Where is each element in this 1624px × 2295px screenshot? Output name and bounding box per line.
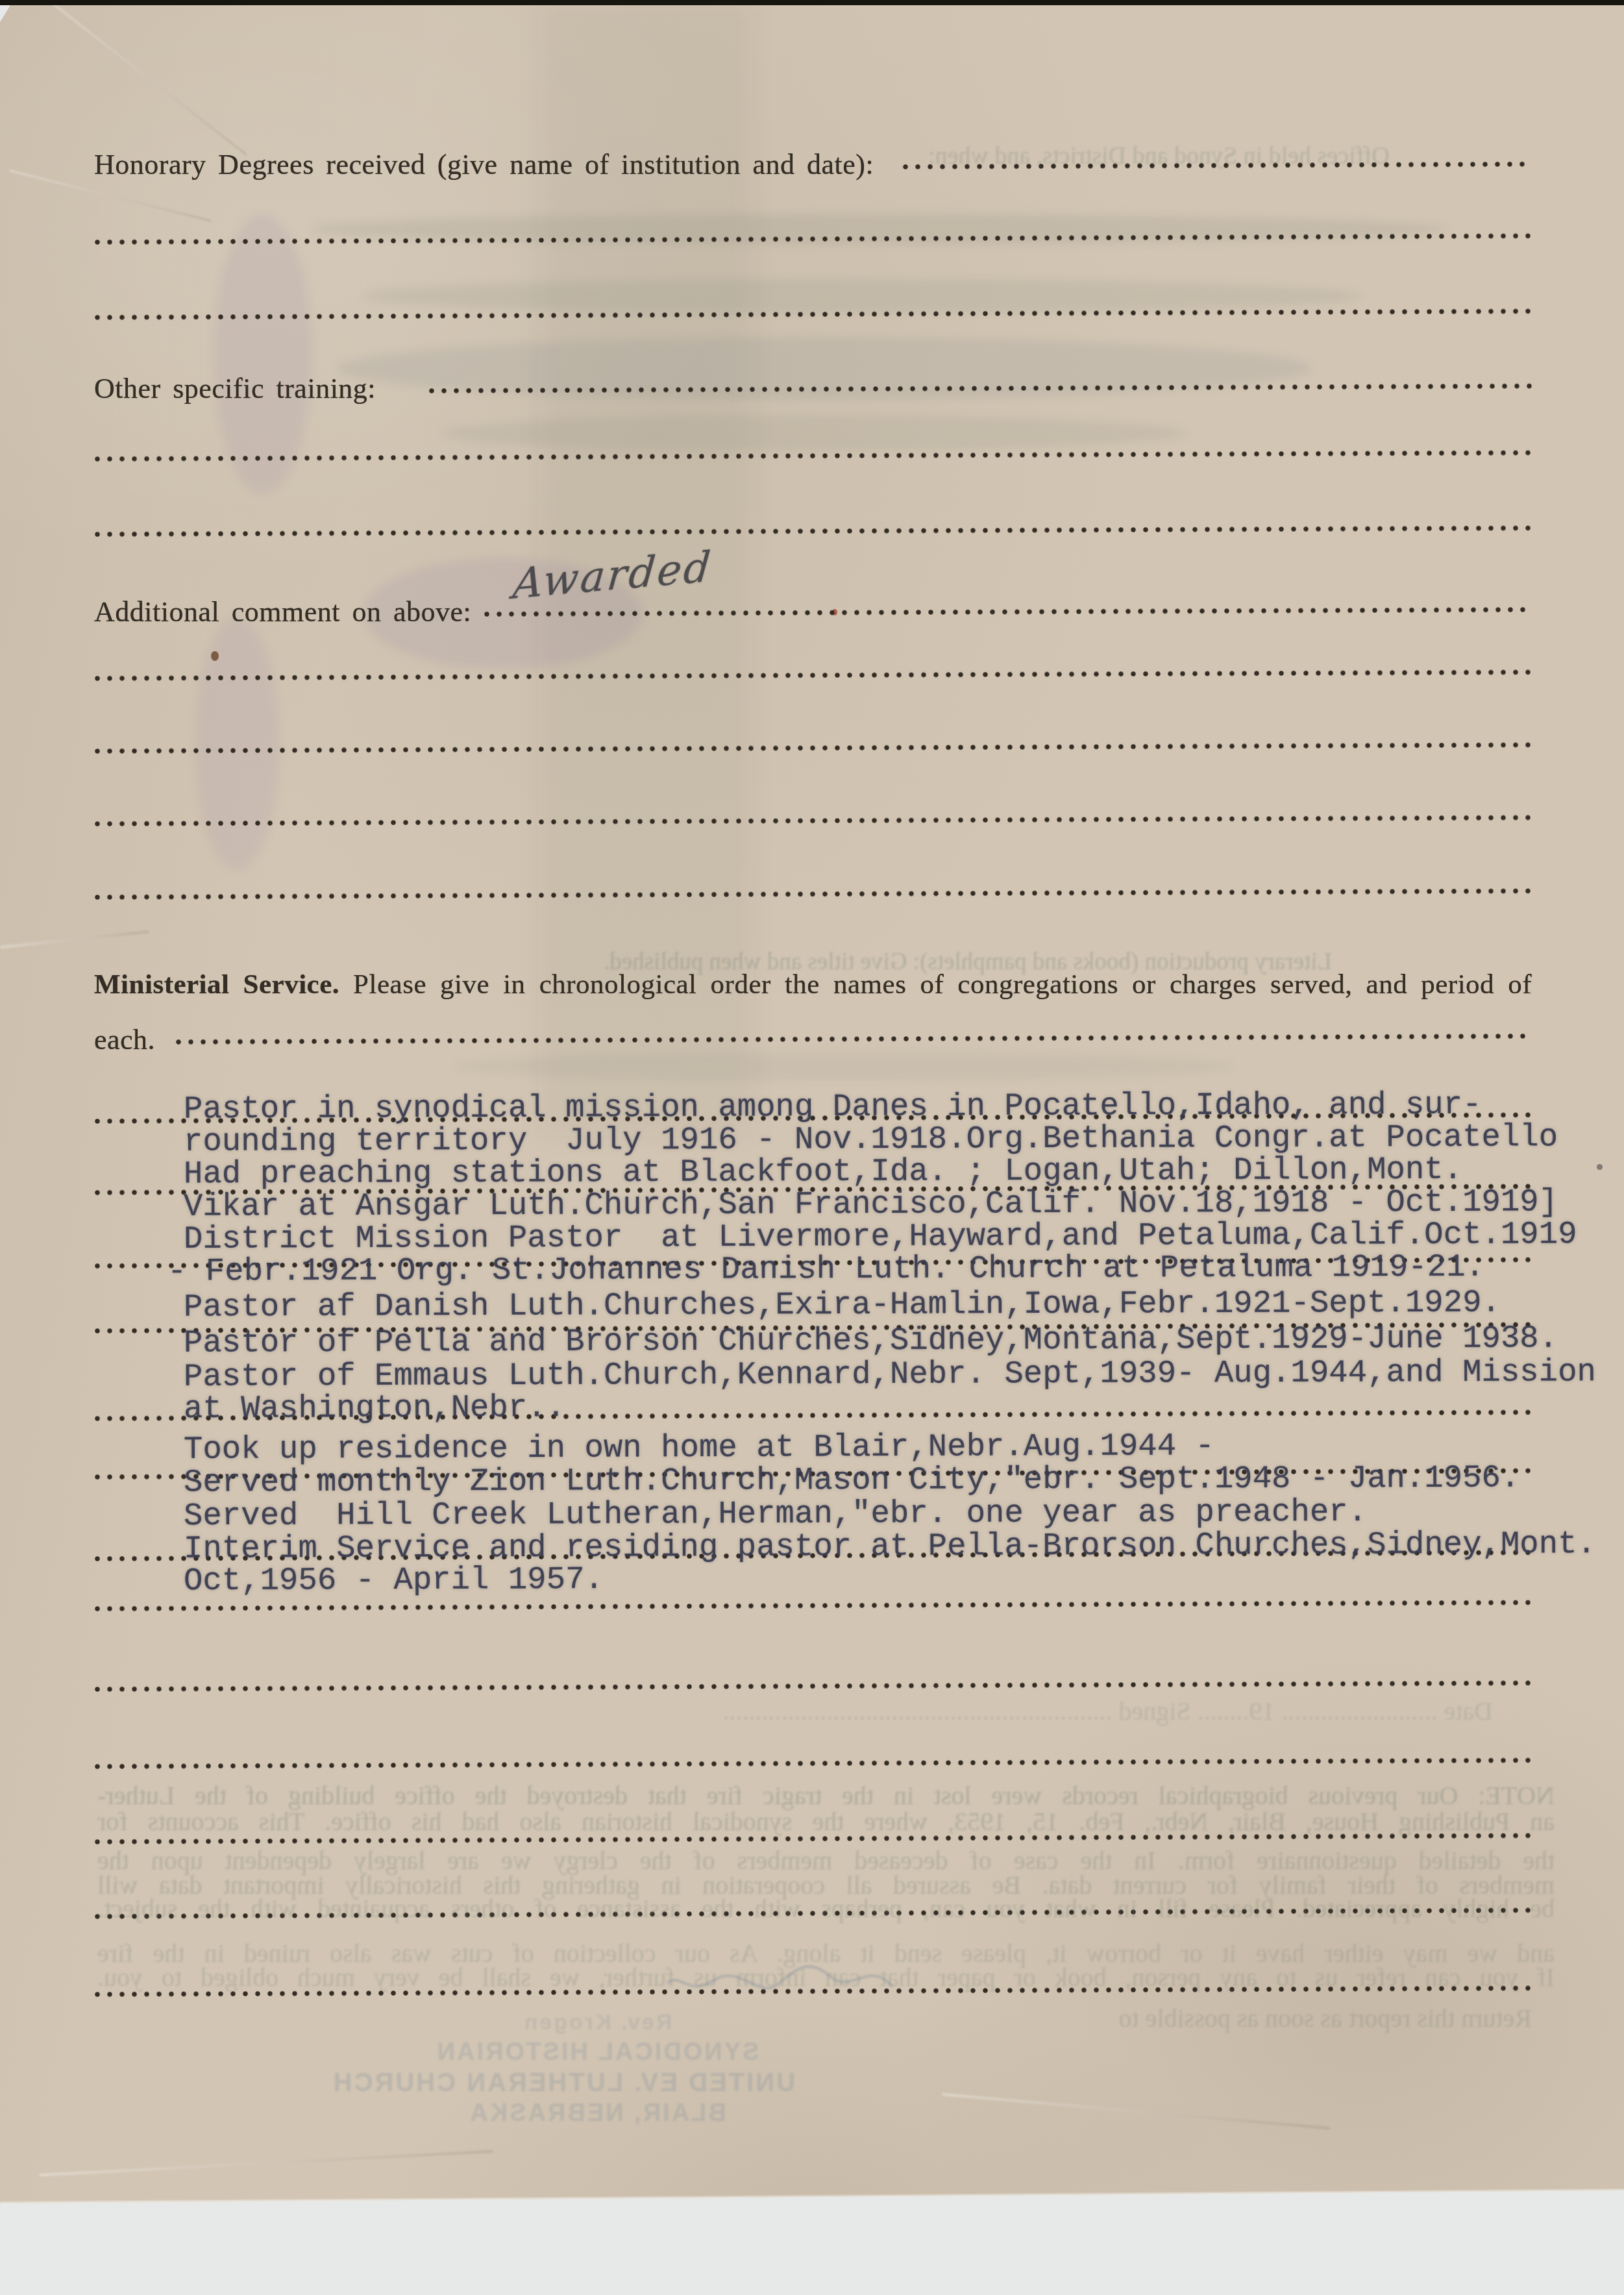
section-heading-cont: each. bbox=[94, 1023, 155, 1056]
bleedthrough-stamp-line: UNITED EV. LUTHERAN CHURCH bbox=[399, 2068, 795, 2098]
dotted-line bbox=[94, 741, 1532, 754]
bleedthrough-stamp-line: SYNODICAL HISTORIAN bbox=[415, 2039, 779, 2066]
paper-crease bbox=[0, 930, 149, 949]
dotted-line bbox=[94, 669, 1532, 682]
paper-crease bbox=[39, 2150, 493, 2177]
bleedthrough-smudge bbox=[441, 416, 1188, 451]
bleedthrough-offices-line: Offices held in Synod and Districts, and… bbox=[928, 142, 1390, 170]
typed-entry: Oct,1956 - April 1957. bbox=[184, 1563, 604, 1597]
dotted-line bbox=[94, 887, 1532, 900]
dotted-line bbox=[94, 814, 1532, 827]
bleedthrough-smudge bbox=[454, 1052, 1233, 1081]
bleedthrough-smudge bbox=[363, 279, 1363, 313]
bleedthrough-return-line: Return this report as soon as possible t… bbox=[746, 2003, 1532, 2033]
typed-entry: Served monthly Zion Luth.Church,Mason Ci… bbox=[184, 1461, 1520, 1498]
typed-entry: Pastor of Pella and Brorson Churches,Sid… bbox=[184, 1322, 1558, 1359]
dotted-line bbox=[94, 449, 1532, 462]
bleedthrough-literary-line: Literary production (books and pamphlets… bbox=[604, 948, 1332, 976]
label-other-training: Other specific training: bbox=[94, 372, 376, 405]
typed-entry: Interim Service and residing pastor at P… bbox=[184, 1528, 1596, 1565]
dotted-line bbox=[94, 525, 1532, 538]
typed-entry: Pastor of Emmaus Luth.Church,Kennard,Neb… bbox=[184, 1356, 1596, 1393]
paper-crease bbox=[942, 2093, 1330, 2129]
bleedthrough-stamp-line: Rev. Krogen bbox=[415, 2010, 779, 2035]
typed-entry: - Febr.1921 Org. St.Johannes Danish Luth… bbox=[167, 1250, 1484, 1287]
typed-entry: Took up residence in own home at Blair,N… bbox=[184, 1430, 1214, 1466]
typed-entry: at Washington,Nebr.. bbox=[184, 1391, 565, 1425]
scanned-page: Honorary Degrees received (give name of … bbox=[0, 0, 1624, 2295]
paper-bottom-edge bbox=[0, 2189, 1624, 2207]
scanner-edge bbox=[0, 0, 1624, 5]
dust-speck bbox=[1597, 1164, 1603, 1170]
ink-smudge bbox=[195, 617, 279, 870]
torn-corner bbox=[0, 5, 10, 22]
dotted-answer-line bbox=[175, 1033, 1532, 1045]
paper-crease bbox=[51, 2, 247, 155]
section-heading-bold: Ministerial Service. bbox=[94, 969, 339, 1000]
bleedthrough-note-line: an Publishing House, Blair, Nebr., Feb. … bbox=[97, 1806, 1555, 1837]
dotted-line bbox=[94, 1757, 1532, 1770]
dust-speck bbox=[211, 651, 219, 661]
label-additional-comment: Additional comment on above: bbox=[94, 595, 471, 628]
bleedthrough-signature-squiggle bbox=[662, 1954, 896, 2000]
bleedthrough-note-line: be highly appreciated. Please fill in wh… bbox=[97, 1893, 1555, 1924]
dotted-line bbox=[94, 1680, 1532, 1693]
ink-smudge bbox=[214, 214, 312, 493]
paper-sheet: Honorary Degrees received (give name of … bbox=[0, 0, 1624, 2295]
label-honorary-degrees: Honorary Degrees received (give name of … bbox=[94, 148, 874, 181]
bleedthrough-date-signed: Date ........................ 19........… bbox=[195, 1696, 1493, 1726]
typed-entry: Pastor af Danish Luth.Churches,Exira-Ham… bbox=[184, 1286, 1501, 1323]
dotted-line bbox=[94, 1599, 1532, 1612]
bleedthrough-stamp-line: BLAIR, NEBRASKA bbox=[415, 2100, 779, 2128]
